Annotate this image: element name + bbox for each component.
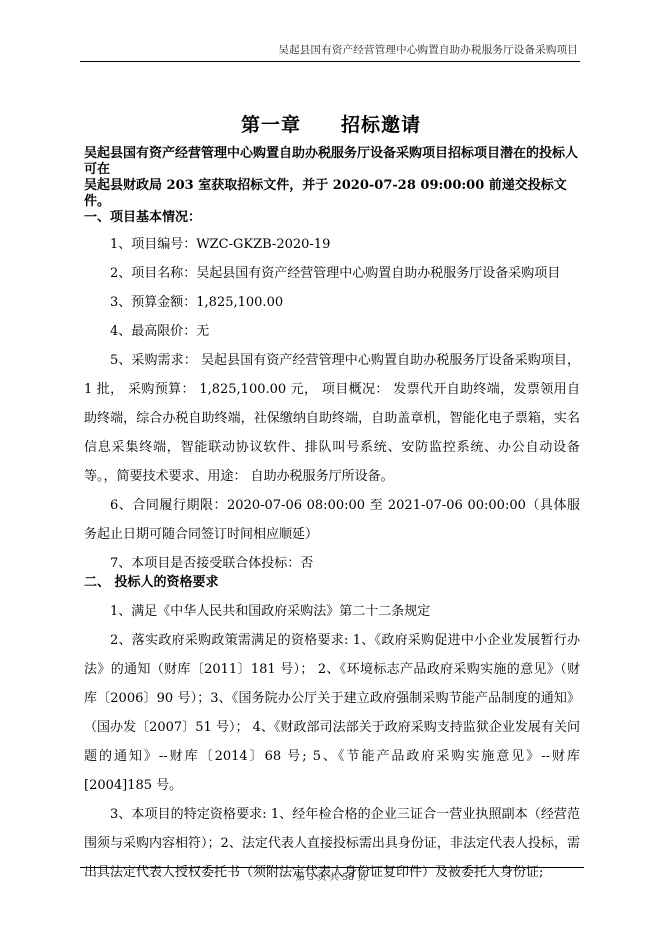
chapter-title: 第一章招标邀请 [0, 110, 662, 137]
intro-line-2: 吴起县财政局 203 室获取招标文件，并于 2020-07-28 09:00:0… [84, 178, 580, 210]
document-page: 吴起县国有资产经营管理中心购置自助办税服务厅设备采购项目 第一章招标邀请 吴起县… [0, 0, 662, 936]
footer-rule [80, 867, 584, 868]
list-item: 1、项目编号：WZC-GKZB-2020-19 [84, 230, 580, 259]
header-rule [80, 61, 580, 62]
list-item: 7、本项目是否接受联合体投标：否 [84, 553, 580, 575]
list-item: 3、预算金额：1,825,100.00 [84, 288, 580, 317]
list-item: 1、满足《中华人民共和国政府采购法》第二十二条规定 [84, 597, 580, 626]
list-item: 4、最高限价：无 [84, 317, 580, 346]
section-2-heading: 二、 投标人的资格要求 [84, 575, 580, 591]
running-header: 吴起县国有资产经营管理中心购置自助办税服务厅设备采购项目 [278, 42, 578, 57]
list-item: 6、合同履行期限：2020-07-06 08:00:00 至 2021-07-0… [84, 491, 580, 549]
list-item: 5、采购需求： 吴起县国有资产经营管理中心购置自助办税服务厅设备采购项目，1 批… [84, 346, 580, 491]
document-body: 吴起县国有资产经营管理中心购置自助办税服务厅设备采购项目招标项目潜在的投标人可在… [84, 146, 580, 887]
section-2-items: 1、满足《中华人民共和国政府采购法》第二十二条规定 2、落实政府采购政策需满足的… [84, 597, 580, 887]
section-1-heading: 一、项目基本情况： [84, 210, 580, 226]
intro-line-1: 吴起县国有资产经营管理中心购置自助办税服务厅设备采购项目招标项目潜在的投标人可在 [84, 146, 580, 178]
chapter-number: 第一章 [241, 114, 301, 136]
page-number: 第 3 页 共 58 页 [0, 869, 662, 883]
chapter-name: 招标邀请 [341, 114, 421, 136]
section-1-items: 1、项目编号：WZC-GKZB-2020-19 2、项目名称：吴起县国有资产经营… [84, 230, 580, 575]
list-item: 2、项目名称：吴起县国有资产经营管理中心购置自助办税服务厅设备采购项目 [84, 259, 580, 288]
list-item: 2、落实政府采购政策需满足的资格要求: 1、《政府采购促进中小企业发展暂行办法》… [84, 626, 580, 800]
